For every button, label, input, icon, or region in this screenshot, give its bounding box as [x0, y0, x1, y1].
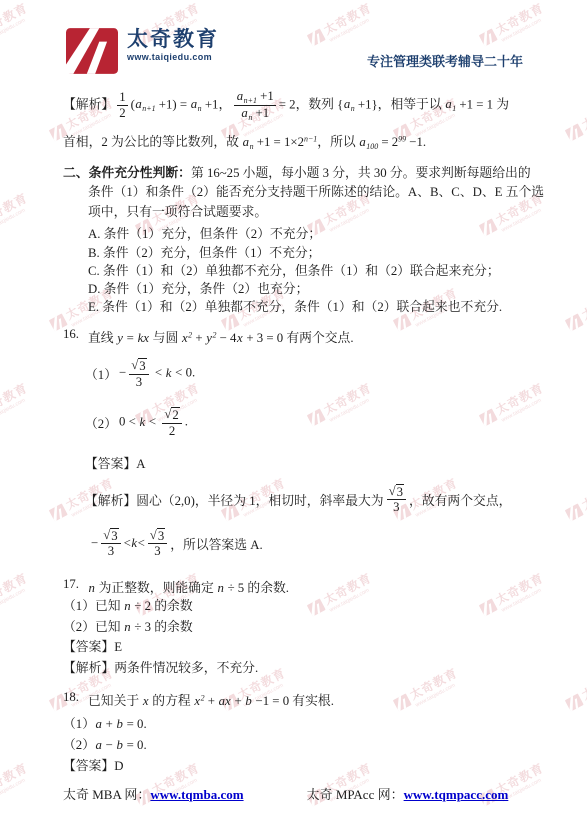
fraction: √33 — [148, 528, 167, 559]
math-segment: 已知 — [95, 599, 124, 613]
math-segment: 99 — [398, 134, 406, 143]
math-segment: √3 — [387, 484, 406, 501]
question-17-number: 17. — [63, 577, 88, 596]
math-segment: = — [123, 331, 137, 345]
section-intro-line-2: 条件（1）和条件（2）能否充分支持题干所陈述的结论。A、B、C、D、E 五个选 — [88, 183, 523, 203]
math-segment: 2 — [172, 408, 178, 422]
math-segment: = 2 — [378, 135, 398, 149]
question-17-header: 17. n 为正整数，则能确定 n ÷ 5 的余数. — [63, 577, 523, 596]
math-segment: 2 — [167, 424, 177, 439]
math-segment: ÷ 2 的余数 — [131, 599, 192, 613]
item-2-text: 已知 n ÷ 3 的余数 — [95, 620, 193, 634]
math-segment: 已知 — [95, 620, 124, 634]
math-segment: 3 — [158, 529, 164, 543]
item-1-label: （1） — [63, 599, 95, 613]
math-segment: 为正整数，则能确定 — [95, 581, 217, 595]
question-18-item-2: （2）a − b = 0. — [63, 735, 523, 756]
math-segment: an +1 — [239, 106, 271, 122]
question-18-number: 18. — [63, 690, 88, 709]
math-segment: 3 — [138, 358, 146, 374]
math-segment: k — [139, 415, 146, 429]
math-segment: 的方程 — [149, 694, 194, 708]
math-segment: 1 — [117, 90, 127, 106]
page-header: 太奇教育 www.taiqiedu.com 专注管理类联考辅导二十年 — [0, 0, 587, 74]
question-18-item-1: （1）a + b = 0. — [63, 714, 523, 735]
math-segment: k — [131, 536, 138, 551]
header-tagline: 专注管理类联考辅导二十年 — [367, 51, 523, 74]
question-17: 17. n 为正整数，则能确定 n ÷ 5 的余数. （1）已知 n ÷ 2 的… — [63, 577, 523, 678]
question-17-item-1: （1）已知 n ÷ 2 的余数 — [63, 596, 523, 616]
solution-15-line-2: 首相，2 为公比的等比数列，故 an +1 = 1×2n−1，所以 a100 =… — [63, 131, 523, 151]
option-d: D. 条件（1）充分，条件（2）也充分； — [88, 280, 523, 298]
square-root: √3 — [131, 358, 146, 374]
question-17-answer: 【答案】E — [63, 637, 523, 657]
brand-logo-icon — [66, 28, 118, 74]
item-1-text: a + b = 0. — [95, 717, 147, 731]
square-root: √3 — [150, 528, 165, 544]
math-segment: < — [152, 366, 166, 380]
footer-mpacc-cell: 太奇 MPAcc 网：www.tqmpacc.com — [307, 784, 509, 803]
math-segment: − — [102, 738, 116, 752]
item-1-label: （1） — [85, 364, 117, 383]
question-18: 18. 已知关于 x 的方程 x2 + ax + b −1 = 0 有实根. （… — [63, 690, 523, 777]
math-segment: 【解析】两条件情况较多，不充分. — [63, 661, 258, 675]
math-segment: 3 — [134, 375, 144, 390]
math-segment: x — [194, 694, 201, 708]
math-segment: √2 — [162, 407, 181, 424]
item-2-label: （2） — [63, 738, 95, 752]
math-segment: − — [91, 536, 98, 551]
question-18-answer: 【答案】D — [63, 756, 523, 777]
math-segment: √ — [150, 528, 157, 543]
math-segment: +1 = 1×2 — [254, 135, 304, 149]
footer-mba-link[interactable]: www.tqmba.com — [150, 787, 243, 802]
math-segment: 3 — [393, 500, 399, 514]
math-segment: √3 — [148, 528, 167, 545]
option-a: A. 条件（1）充分，但条件（2）不充分； — [88, 225, 523, 243]
option-list: A. 条件（1）充分，但条件（2）不充分； B. 条件（2）充分，但条件（1）不… — [63, 225, 523, 316]
math-segment: 3 — [396, 484, 404, 500]
math-segment: a — [343, 97, 350, 111]
question-16-title: 直线 y = kx 与圆 x2 + y2 − 4x + 3 = 0 有两个交点. — [88, 327, 354, 346]
item-1-text: 已知 n ÷ 2 的余数 — [95, 599, 193, 613]
math-segment: an+1 +1 — [234, 89, 276, 106]
math-segment: + — [102, 717, 116, 731]
math-segment: √ — [131, 358, 138, 373]
math-segment: 3 — [139, 359, 145, 373]
item-1-formula: −√33 < k < 0. — [119, 358, 195, 389]
watermark-site: www.taiqiedu.com — [0, 774, 33, 804]
question-18-title: 已知关于 x 的方程 x2 + ax + b −1 = 0 有实根. — [88, 690, 334, 709]
math-segment: √3 — [101, 528, 120, 545]
math-segment: 3 — [110, 528, 118, 544]
fraction: √33 — [101, 528, 120, 559]
math-segment: 已知关于 — [88, 694, 142, 708]
math-segment: < 0. — [172, 366, 195, 380]
option-c: C. 条件（1）和（2）单独都不充分，但条件（1）和（2）联合起来充分； — [88, 262, 523, 280]
footer-mpacc-label: 太奇 MPAcc 网： — [307, 787, 404, 802]
math-segment: ÷ 5 的余数. — [224, 581, 289, 595]
brand-text: 太奇教育 www.taiqiedu.com — [127, 28, 219, 62]
solution-15-line-1: 【解析】12(an+1 +1) = an +1，an+1 +1an +1= 2，… — [63, 89, 523, 122]
item-2-formula: 0 < k < √22. — [119, 407, 188, 438]
question-16-item-1: （1） −√33 < k < 0. — [85, 352, 523, 395]
square-root: √3 — [103, 528, 118, 544]
math-segment: 2 — [169, 424, 175, 438]
brand-name: 太奇教育 — [127, 28, 219, 52]
math-segment: 【解析】 — [63, 97, 114, 111]
math-segment: n+1 — [244, 96, 257, 105]
math-segment: 首相，2 为公比的等比数列，故 — [63, 135, 242, 149]
math-segment: 【解析】圆心（2,0)，半径为 1，相切时，斜率最大为 — [85, 490, 384, 509]
brand-logo: 太奇教育 www.taiqiedu.com — [66, 28, 219, 74]
math-segment: a — [190, 97, 197, 111]
math-segment: = 0. — [123, 717, 146, 731]
math-segment: = 2，数列 { — [279, 97, 344, 111]
question-16-item-2: （2） 0 < k < √22. — [85, 401, 523, 444]
math-segment: 3 — [106, 544, 116, 559]
math-segment: √ — [164, 407, 171, 422]
question-17-item-2: （2）已知 n ÷ 3 的余数 — [63, 617, 523, 637]
math-segment: + — [231, 694, 245, 708]
math-segment: 3 — [136, 375, 142, 389]
math-segment: −1. — [406, 135, 426, 149]
math-segment: + — [192, 331, 206, 345]
math-segment: 3 — [391, 500, 401, 515]
math-segment: + 3 = 0 有两个交点. — [243, 331, 353, 345]
item-1-label: （1） — [63, 717, 95, 731]
math-segment: ax — [218, 694, 231, 708]
footer-mpacc-link[interactable]: www.tqmpacc.com — [404, 787, 509, 802]
math-segment: √ — [103, 528, 110, 543]
question-16-analysis-1: 【解析】圆心（2,0)，半径为 1，相切时，斜率最大为 √33，故有两个交点， — [85, 479, 523, 519]
math-segment: 100 — [366, 142, 378, 151]
footer-mba-label: 太奇 MBA 网： — [63, 787, 150, 802]
option-e: E. 条件（1）和（2）单独都不充分，条件（1）和（2）联合起来也不充分. — [88, 298, 523, 316]
question-16: 16. 直线 y = kx 与圆 x2 + y2 − 4x + 3 = 0 有两… — [63, 327, 523, 346]
math-segment: ，所以答案选 A. — [170, 534, 262, 553]
math-segment: n+1 — [142, 104, 155, 113]
brand-site: www.taiqiedu.com — [127, 52, 219, 62]
math-segment: ，所以 — [317, 135, 359, 149]
math-segment: 3 — [152, 544, 162, 559]
math-segment: +1 — [257, 89, 274, 103]
section-heading: 二、条件充分性判断： — [63, 166, 191, 180]
section-2-intro: 二、条件充分性判断：第 16~25 小题，每小题 3 分，共 30 分。要求判断… — [63, 164, 523, 223]
math-segment: 3 — [111, 529, 117, 543]
math-segment: − — [119, 366, 126, 380]
document-page: 太奇教育www.taiqiedu.com太奇教育www.taiqiedu.com… — [0, 0, 587, 833]
question-16-number: 16. — [63, 327, 88, 346]
math-segment: ÷ 3 的余数 — [131, 620, 192, 634]
fraction: an+1 +1an +1 — [234, 89, 276, 122]
math-segment: +1， — [202, 97, 232, 111]
section-intro-line-3: 项中，只有一项符合试题要求。 — [88, 203, 523, 223]
question-17-title: n 为正整数，则能确定 n ÷ 5 的余数. — [88, 577, 289, 596]
math-segment: 3 — [157, 528, 165, 544]
math-segment: 与圆 — [149, 331, 181, 345]
math-segment: 2 — [117, 106, 127, 121]
square-root: √3 — [389, 484, 404, 500]
question-18-header: 18. 已知关于 x 的方程 x2 + ax + b −1 = 0 有实根. — [63, 690, 523, 709]
math-segment: 直线 — [88, 331, 117, 345]
math-segment: < — [124, 536, 131, 551]
math-segment: 2 — [171, 407, 179, 423]
math-segment: √ — [389, 484, 396, 499]
math-segment: k — [165, 366, 172, 380]
math-segment: + — [205, 694, 219, 708]
math-segment: 0 < — [119, 415, 139, 429]
item-2-label: （2） — [85, 413, 117, 432]
question-17-analysis: 【解析】两条件情况较多，不充分. — [63, 658, 523, 678]
math-segment: n−1 — [304, 134, 317, 143]
math-segment: +1) = — [156, 97, 191, 111]
option-b: B. 条件（2）充分，但条件（1）不充分； — [88, 244, 523, 262]
math-segment: √3 — [129, 358, 148, 375]
main-content: 【解析】12(an+1 +1) = an +1，an+1 +1an +1= 2，… — [0, 89, 587, 777]
math-segment: 1 — [119, 90, 125, 104]
math-segment: 3 — [397, 485, 403, 499]
square-root: √2 — [164, 407, 179, 423]
math-segment: = 0. — [123, 738, 146, 752]
fraction: √22 — [162, 407, 181, 438]
math-segment: . — [185, 415, 188, 429]
math-segment: ，故有两个交点， — [409, 490, 511, 509]
section-intro-text-1: 第 16~25 小题，每小题 3 分，共 30 分。要求判断每题给出的 — [191, 166, 531, 180]
math-segment: a — [242, 135, 249, 149]
fraction: √33 — [129, 358, 148, 389]
math-segment: +1 = 1 为 — [456, 97, 509, 111]
section-intro-line-1: 二、条件充分性判断：第 16~25 小题，每小题 3 分，共 30 分。要求判断… — [63, 164, 523, 184]
math-segment: < — [138, 536, 145, 551]
item-2-label: （2） — [63, 620, 95, 634]
fraction: √33 — [387, 484, 406, 515]
fraction: 12 — [117, 90, 127, 120]
math-segment: −1 = 0 有实根. — [252, 694, 334, 708]
math-segment: − 4 — [216, 331, 236, 345]
math-segment: 2 — [119, 106, 125, 120]
page-footer: 太奇 MBA 网：www.tqmba.com 太奇 MPAcc 网：www.tq… — [63, 784, 523, 803]
math-segment: < — [146, 415, 160, 429]
math-segment: +1 — [252, 106, 269, 120]
math-segment: 3 — [154, 544, 160, 558]
math-segment: +1}，相等于以 — [355, 97, 445, 111]
math-segment: a — [236, 89, 243, 103]
question-16-analysis-2: −√33 < k < √33，所以答案选 A. — [91, 523, 523, 563]
item-2-text: a − b = 0. — [95, 738, 147, 752]
math-segment: kx — [137, 331, 149, 345]
math-segment: 3 — [108, 544, 114, 558]
question-16-answer: 【答案】A — [85, 453, 523, 472]
footer-mba-cell: 太奇 MBA 网：www.tqmba.com — [63, 784, 244, 803]
